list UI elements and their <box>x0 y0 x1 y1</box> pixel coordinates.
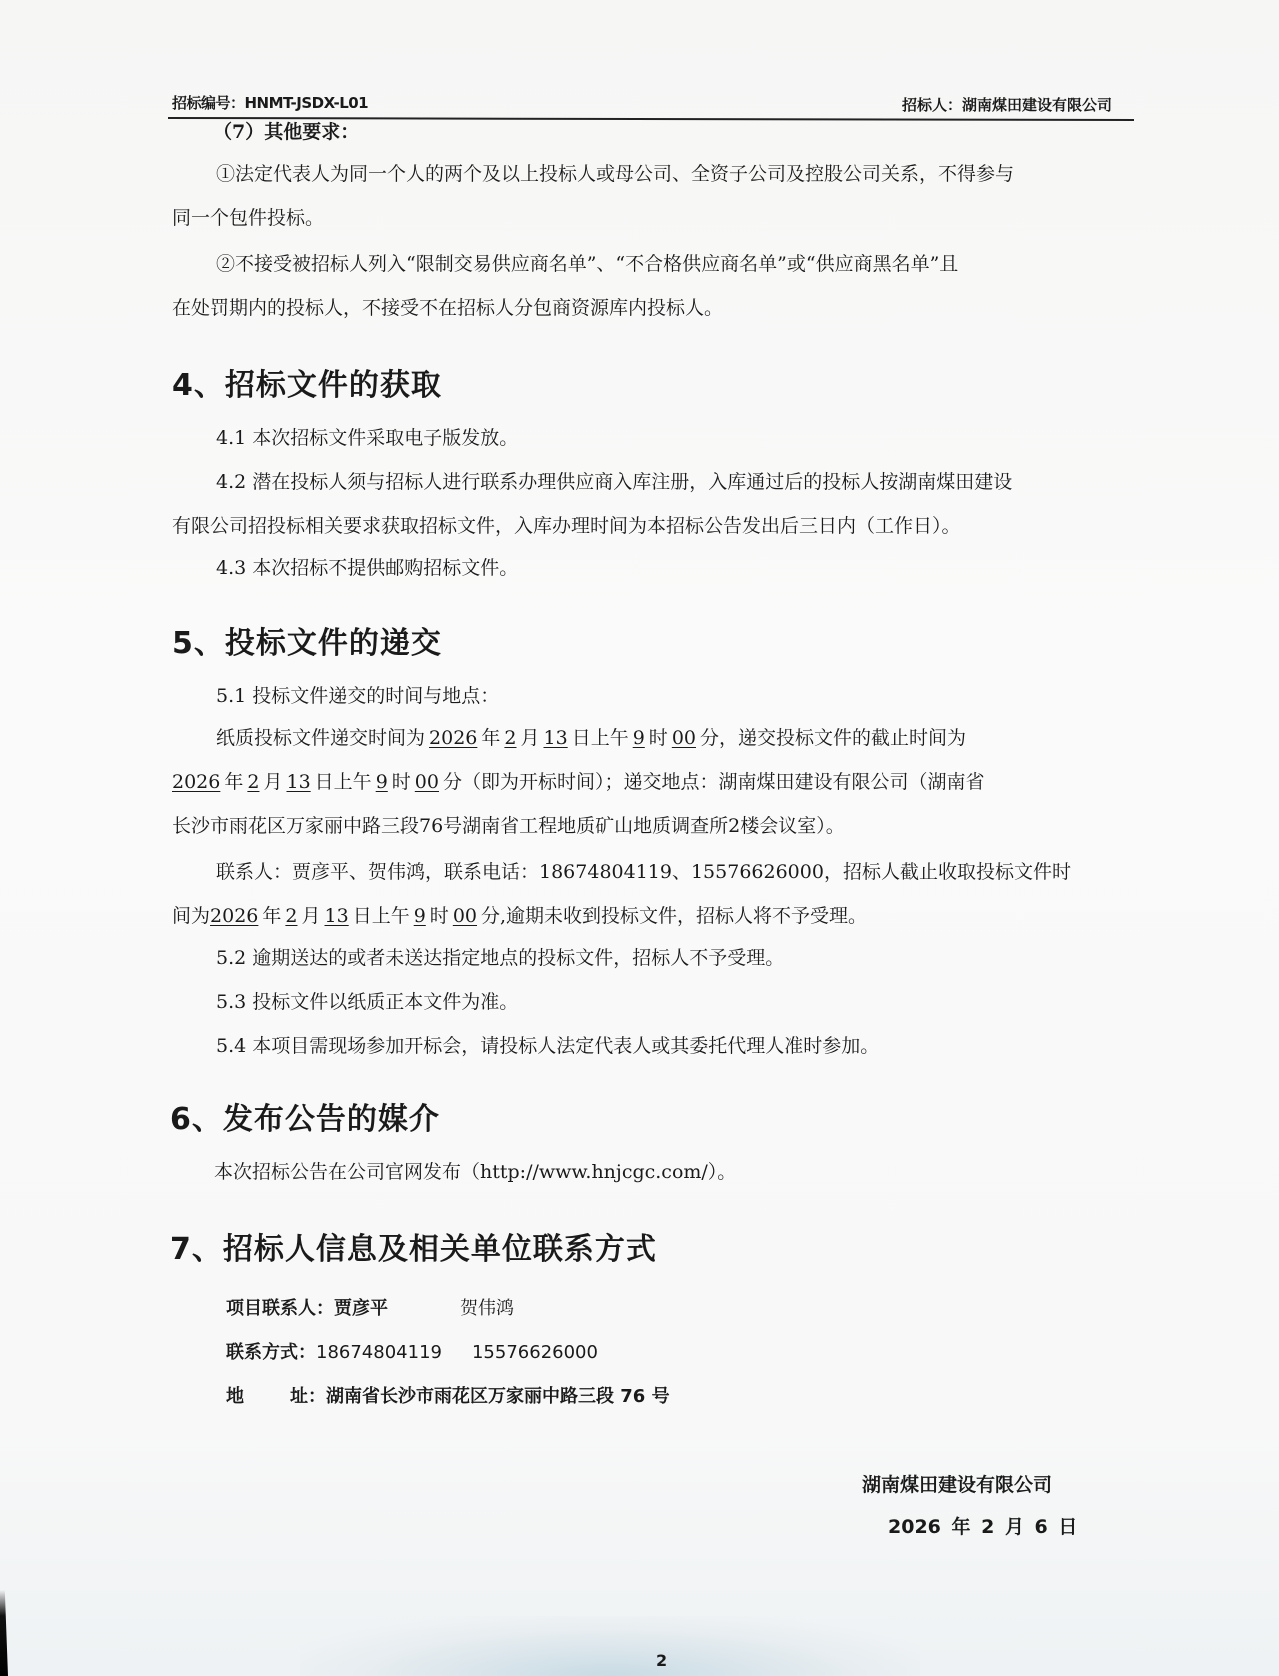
filled-month: 2 <box>281 905 301 927</box>
contact-phones: 联系方式：1867480411915576626000 <box>226 1338 598 1364</box>
text: 时 <box>392 771 411 793</box>
section-heading: 7、招标人信息及相关单位联系方式 <box>170 1232 657 1268</box>
contact-name: 贺伟鸿 <box>460 1298 514 1319</box>
paragraph-line: 5.2 逾期送达的或者未送达指定地点的投标文件，招标人不予受理。 <box>216 946 784 970</box>
filled-year: 2026 <box>210 905 262 927</box>
photo-tint <box>300 1616 920 1676</box>
deadline-line: 2026年2月13日上午9时00分（即为开标时间）；递交地点：湖南煤田建设有限公… <box>172 770 985 794</box>
filled-year: 2026 <box>425 727 481 749</box>
text: 年 <box>224 771 243 793</box>
paragraph-line: 5.4 本项目需现场参加开标会，请投标人法定代表人或其委托代理人准时参加。 <box>216 1034 879 1058</box>
label: 地 <box>226 1386 244 1407</box>
text: 纸质投标文件递交时间为 <box>216 727 425 749</box>
page-number: 2 <box>656 1651 667 1670</box>
contact-line: 联系人：贾彦平、贺伟鸿，联系电话：18674804119、15576626000… <box>216 860 1071 884</box>
label: 址： <box>290 1386 326 1407</box>
paragraph-line: 5.3 投标文件以纸质正本文件为准。 <box>216 990 518 1014</box>
contact-address: 地址：湖南省长沙市雨花区万家丽中路三段 76 号 <box>226 1382 670 1408</box>
filled-day: 13 <box>321 905 353 927</box>
paragraph-line: ②不接受被招标人列入“限制交易供应商名单”、“不合格供应商名单”或“供应商黑名单… <box>216 252 958 276</box>
text: 分,逾期未收到投标文件，招标人将不予受理。 <box>481 905 867 927</box>
filled-day: 13 <box>282 771 314 793</box>
text: 日上午 <box>353 905 410 927</box>
submission-location: 长沙市雨花区万家丽中路三段76号湖南省工程地质矿山地质调查所2楼会议室）。 <box>172 814 845 838</box>
text: 日上午 <box>315 771 372 793</box>
filled-hour: 9 <box>629 727 649 749</box>
filled-minute: 00 <box>449 905 481 927</box>
text: 分，递交投标文件的截止时间为 <box>700 727 966 749</box>
section-heading: 5、投标文件的递交 <box>172 626 442 662</box>
label: 联系方式： <box>226 1342 316 1363</box>
signature-date: 2026 年 2 月 6 日 <box>888 1512 1077 1539</box>
filled-year: 2026 <box>172 771 224 793</box>
submission-time-line: 纸质投标文件递交时间为2026年2月13日上午9时00分，递交投标文件的截止时间… <box>216 726 974 750</box>
filled-hour: 9 <box>372 771 392 793</box>
paragraph-line: 有限公司招投标相关要求获取招标文件，入库办理时间为本招标公告发出后三日内（工作日… <box>172 514 961 538</box>
tenderer-name: 招标人：湖南煤田建设有限公司 <box>902 94 1112 115</box>
contact-name: 贾彦平 <box>334 1298 388 1319</box>
blank-underline <box>966 727 974 749</box>
signature-company: 湖南煤田建设有限公司 <box>862 1470 1052 1497</box>
text: 月 <box>263 771 282 793</box>
project-contacts: 项目联系人：贾彦平贺伟鸿 <box>226 1294 514 1320</box>
text: 年 <box>262 905 281 927</box>
text: 分（即为开标时间）；递交地点：湖南煤田建设有限公司（湖南省 <box>443 771 985 793</box>
text: 年 <box>481 727 500 749</box>
page-header: 招标编号：HNMT-JSDX-L01 招标人：湖南煤田建设有限公司 <box>172 90 1132 116</box>
phone-number: 15576626000 <box>472 1342 598 1363</box>
text: 间为 <box>172 905 210 927</box>
subsection-title: （7）其他要求： <box>213 120 359 144</box>
paragraph-line: 4.1 本次招标文件采取电子版发放。 <box>216 426 518 450</box>
address-value: 湖南省长沙市雨花区万家丽中路三段 76 号 <box>326 1386 670 1407</box>
phone-number: 18674804119 <box>316 1342 442 1363</box>
filled-month: 2 <box>243 771 263 793</box>
filled-minute: 00 <box>411 771 443 793</box>
receipt-deadline-line: 间为2026年2月13日上午9时00分,逾期未收到投标文件，招标人将不予受理。 <box>172 904 867 928</box>
paragraph-line: 4.3 本次招标不提供邮购招标文件。 <box>216 556 518 580</box>
section-heading: 6、发布公告的媒介 <box>170 1102 440 1138</box>
paragraph-line: 同一个包件投标。 <box>172 206 324 230</box>
text: 月 <box>301 905 320 927</box>
tender-number: 招标编号：HNMT-JSDX-L01 <box>172 92 368 113</box>
paragraph-line: 4.2 潜在投标人须与招标人进行联系办理供应商入库注册，入库通过后的投标人按湖南… <box>216 470 1012 494</box>
filled-month: 2 <box>500 727 520 749</box>
text: 月 <box>520 727 539 749</box>
text: 日上午 <box>572 727 629 749</box>
paragraph-line: ①法定代表人为同一个人的两个及以上投标人或母公司、全资子公司及控股公司关系，不得… <box>216 162 1014 186</box>
filled-day: 13 <box>540 727 572 749</box>
publication-media: 本次招标公告在公司官网发布（http://www.hnjcgc.com/）。 <box>214 1160 736 1184</box>
label: 项目联系人： <box>226 1298 334 1319</box>
paragraph-line: 5.1 投标文件递交的时间与地点： <box>216 684 499 708</box>
text: 时 <box>430 905 449 927</box>
text: 时 <box>649 727 668 749</box>
filled-hour: 9 <box>410 905 430 927</box>
section-heading: 4、招标文件的获取 <box>172 368 442 404</box>
filled-minute: 00 <box>668 727 700 749</box>
paragraph-line: 在处罚期内的投标人，不接受不在招标人分包商资源库内投标人。 <box>172 296 723 320</box>
